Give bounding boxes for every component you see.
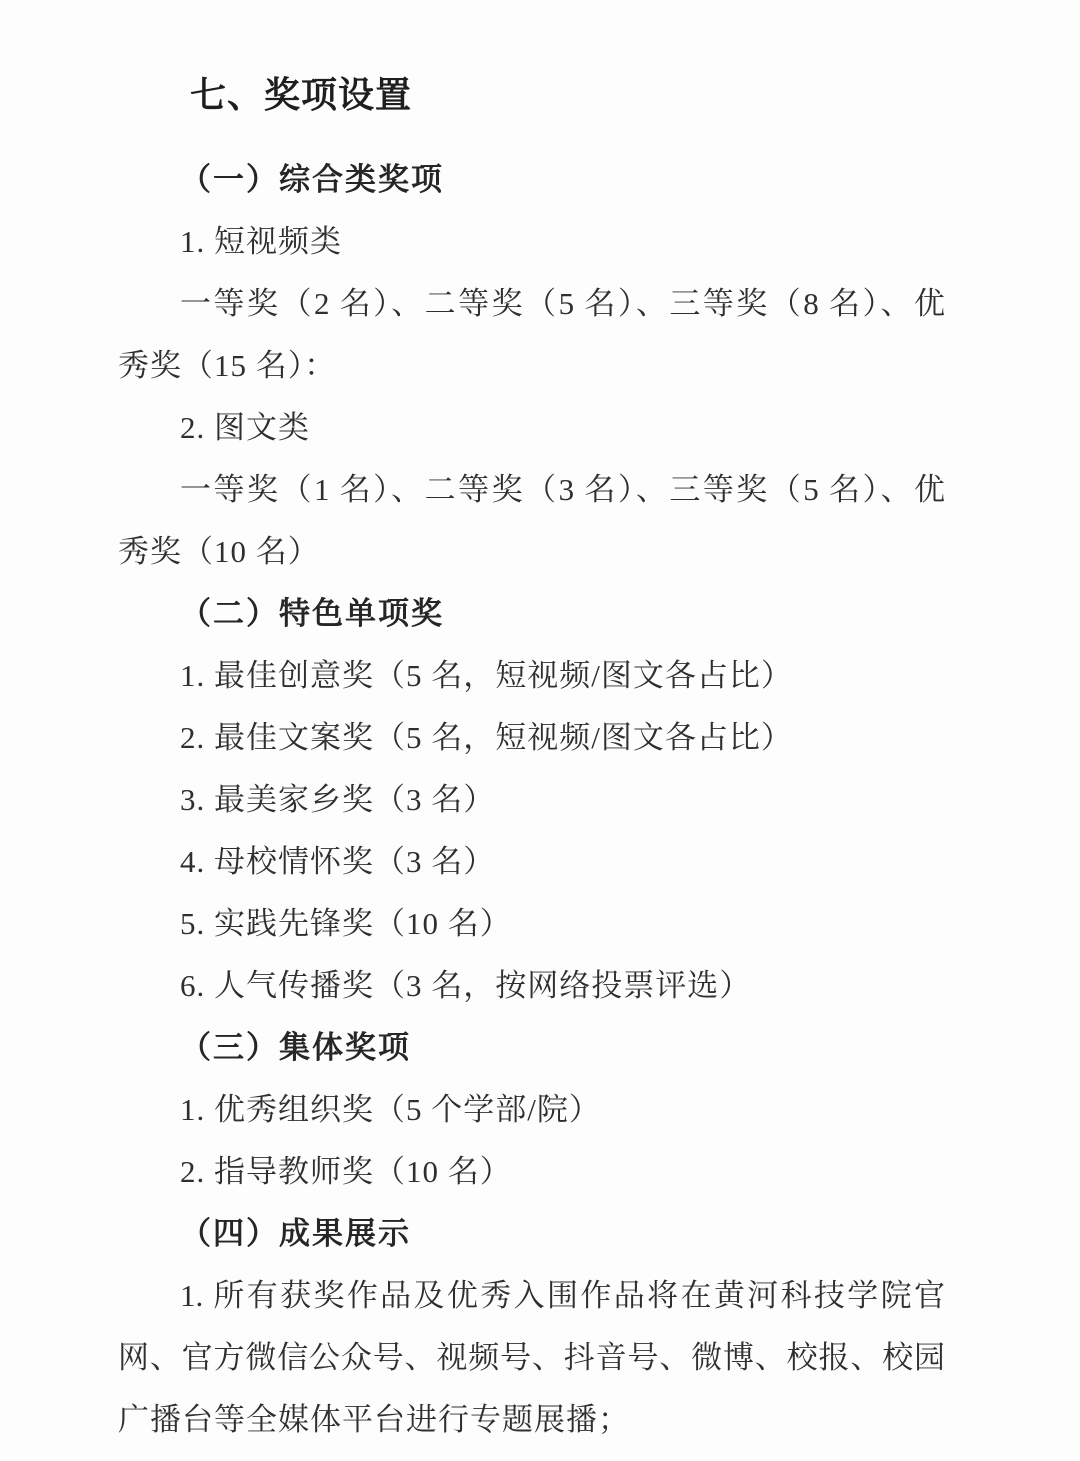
list-item: 1. 最佳创意奖（5 名，短视频/图文各占比）: [118, 645, 945, 707]
paragraph-line: 秀奖（15 名）：: [118, 335, 945, 397]
list-item: 4. 母校情怀奖（3 名）: [118, 831, 945, 893]
document-page: 七、奖项设置 （一）综合类奖项 1. 短视频类 一等奖（2 名）、二等奖（5 名…: [0, 0, 1080, 1461]
list-item: 2. 图文类: [118, 397, 945, 459]
list-item: 3. 最美家乡奖（3 名）: [118, 769, 945, 831]
document-content: 七、奖项设置 （一）综合类奖项 1. 短视频类 一等奖（2 名）、二等奖（5 名…: [0, 0, 945, 1451]
list-item: 2. 指导教师奖（10 名）: [118, 1141, 945, 1203]
paragraph-line: 广播台等全媒体平台进行专题展播；: [118, 1389, 945, 1451]
section-heading-4: （四）成果展示: [118, 1203, 945, 1265]
paragraph-line: 网、官方微信公众号、视频号、抖音号、微博、校报、校园: [118, 1327, 945, 1389]
list-item: 5. 实践先锋奖（10 名）: [118, 893, 945, 955]
paragraph-line: 一等奖（2 名）、二等奖（5 名）、三等奖（8 名）、优: [118, 273, 945, 335]
list-item: 6. 人气传播奖（3 名，按网络投票评选）: [118, 955, 945, 1017]
paragraph-line: 1. 所有获奖作品及优秀入围作品将在黄河科技学院官: [118, 1265, 945, 1327]
page-title: 七、奖项设置: [118, 58, 945, 132]
list-item: 1. 短视频类: [118, 211, 945, 273]
section-heading-2: （二）特色单项奖: [118, 583, 945, 645]
list-item: 1. 优秀组织奖（5 个学部/院）: [118, 1079, 945, 1141]
section-heading-3: （三）集体奖项: [118, 1017, 945, 1079]
list-item: 2. 最佳文案奖（5 名，短视频/图文各占比）: [118, 707, 945, 769]
paragraph-line: 一等奖（1 名）、二等奖（3 名）、三等奖（5 名）、优: [118, 459, 945, 521]
paragraph-line: 秀奖（10 名）: [118, 521, 945, 583]
section-heading-1: （一）综合类奖项: [118, 149, 945, 211]
